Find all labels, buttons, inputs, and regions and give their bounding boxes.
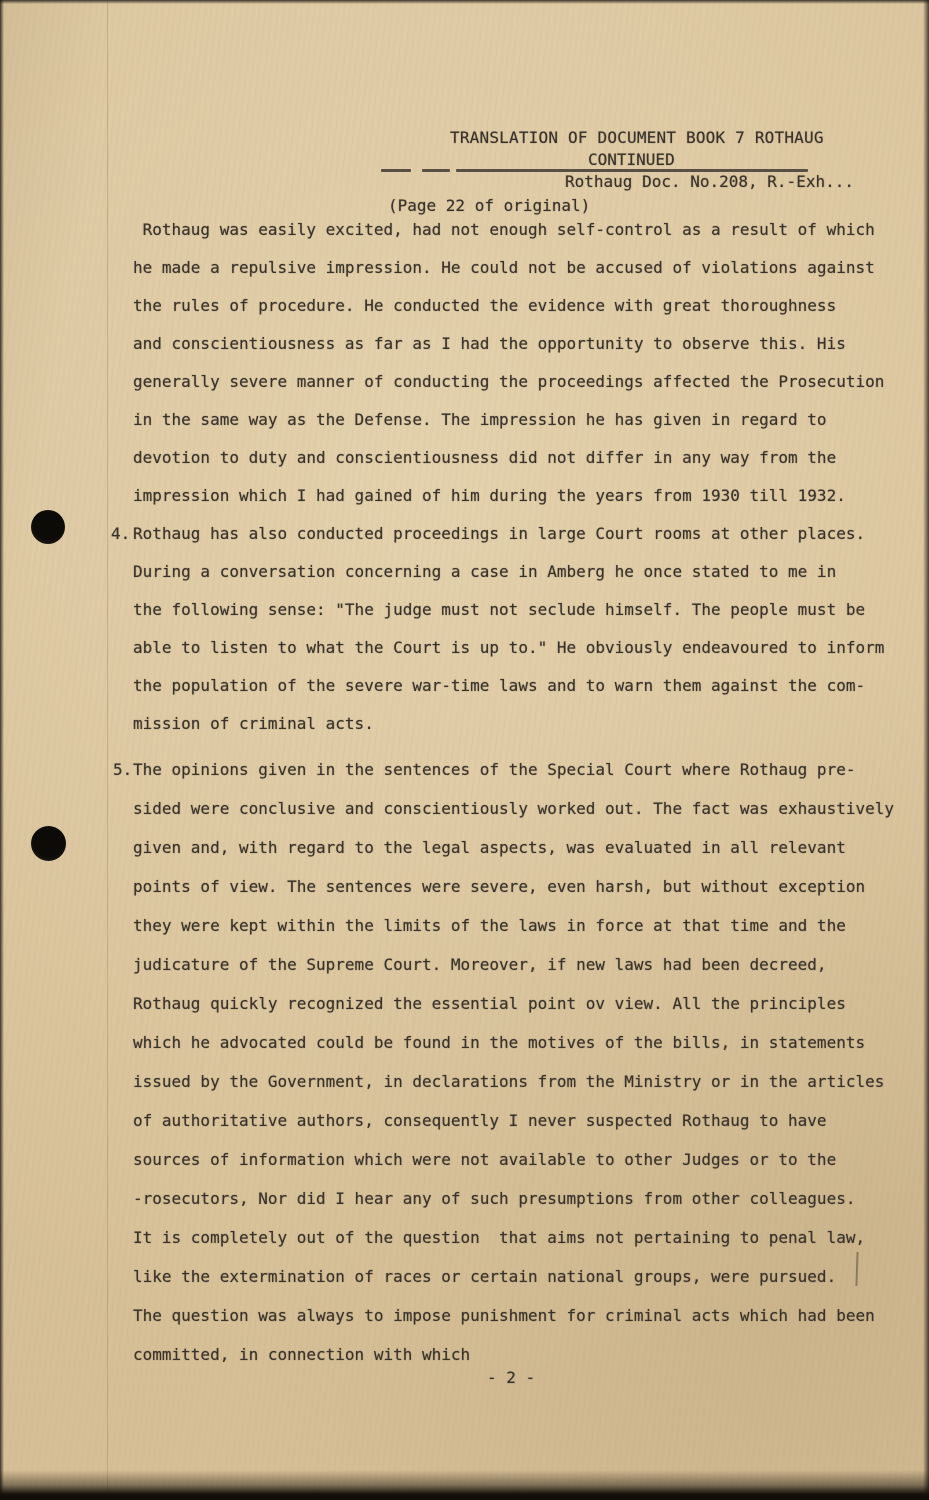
text-line: Rothaug quickly recognized the essential… [133, 984, 894, 1023]
item-4-number: 4. [111, 524, 130, 543]
text-line: Rothaug was easily excited, had not enou… [133, 211, 884, 249]
text-line: they were kept within the limits of the … [133, 906, 894, 945]
text-line: in the same way as the Defense. The impr… [133, 401, 884, 439]
document-title-continued: CONTINUED [588, 150, 675, 169]
item-5-number: 5. [113, 760, 132, 779]
scanned-document-page: TRANSLATION OF DOCUMENT BOOK 7 ROTHAUG C… [0, 0, 929, 1500]
underline-dash [381, 169, 411, 172]
paper-fold-line [107, 0, 108, 1500]
text-line: It is completely out of the question tha… [133, 1218, 894, 1257]
page-number: - 2 - [487, 1368, 535, 1387]
text-line: points of view. The sentences were sever… [133, 867, 894, 906]
text-line: mission of criminal acts. [133, 705, 884, 743]
text-line: which he advocated could be found in the… [133, 1023, 894, 1062]
text-line: generally severe manner of conducting th… [133, 363, 884, 401]
text-line: Rothaug has also conducted proceedings i… [133, 515, 884, 553]
text-line: of authoritative authors, consequently I… [133, 1101, 894, 1140]
document-reference: Rothaug Doc. No.208, R.-Exh... [565, 172, 854, 191]
text-line: devotion to duty and conscientiousness d… [133, 439, 884, 477]
text-line: able to listen to what the Court is up t… [133, 629, 884, 667]
scan-edge-top [0, 0, 929, 4]
scan-edge-bottom [0, 1470, 929, 1500]
text-line: During a conversation concerning a case … [133, 553, 884, 591]
punch-hole-top [31, 510, 65, 544]
text-line: and conscientiousness as far as I had th… [133, 325, 884, 363]
text-line: The question was always to impose punish… [133, 1296, 894, 1335]
scan-edge-left [0, 0, 4, 1500]
text-line: he made a repulsive impression. He could… [133, 249, 884, 287]
text-line: the rules of procedure. He conducted the… [133, 287, 884, 325]
scan-edge-right [923, 0, 929, 1500]
item-4-paragraph: Rothaug has also conducted proceedings i… [133, 515, 884, 743]
intro-paragraph: Rothaug was easily excited, had not enou… [133, 211, 884, 515]
underline-dash [422, 169, 450, 172]
text-line: The opinions given in the sentences of t… [133, 750, 894, 789]
text-line: sources of information which were not av… [133, 1140, 894, 1179]
text-line: -rosecutors, Nor did I hear any of such … [133, 1179, 894, 1218]
text-line: the population of the severe war-time la… [133, 667, 884, 705]
text-line: like the extermination of races or certa… [133, 1257, 894, 1296]
item-5-paragraph: The opinions given in the sentences of t… [133, 750, 894, 1374]
text-line: issued by the Government, in declaration… [133, 1062, 894, 1101]
document-title: TRANSLATION OF DOCUMENT BOOK 7 ROTHAUG [450, 128, 824, 147]
text-line: impression which I had gained of him dur… [133, 477, 884, 515]
text-line: the following sense: "The judge must not… [133, 591, 884, 629]
text-line: sided were conclusive and conscientiousl… [133, 789, 894, 828]
text-line: given and, with regard to the legal aspe… [133, 828, 894, 867]
text-line: judicature of the Supreme Court. Moreove… [133, 945, 894, 984]
punch-hole-bottom [31, 826, 66, 861]
